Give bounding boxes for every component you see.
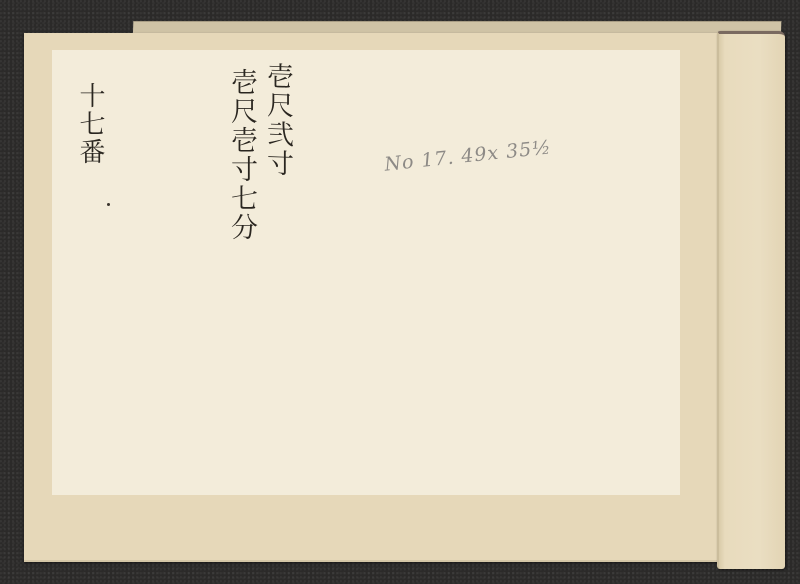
calligraphy-number-label: 十七番	[72, 82, 109, 166]
calligraphy-column-right: 壱尺弐寸	[258, 61, 297, 178]
ink-dot	[107, 203, 110, 206]
inner-paper	[52, 50, 680, 495]
calligraphy-column-middle: 壱尺壱寸七分	[222, 68, 261, 242]
scroll-roller	[717, 31, 785, 569]
